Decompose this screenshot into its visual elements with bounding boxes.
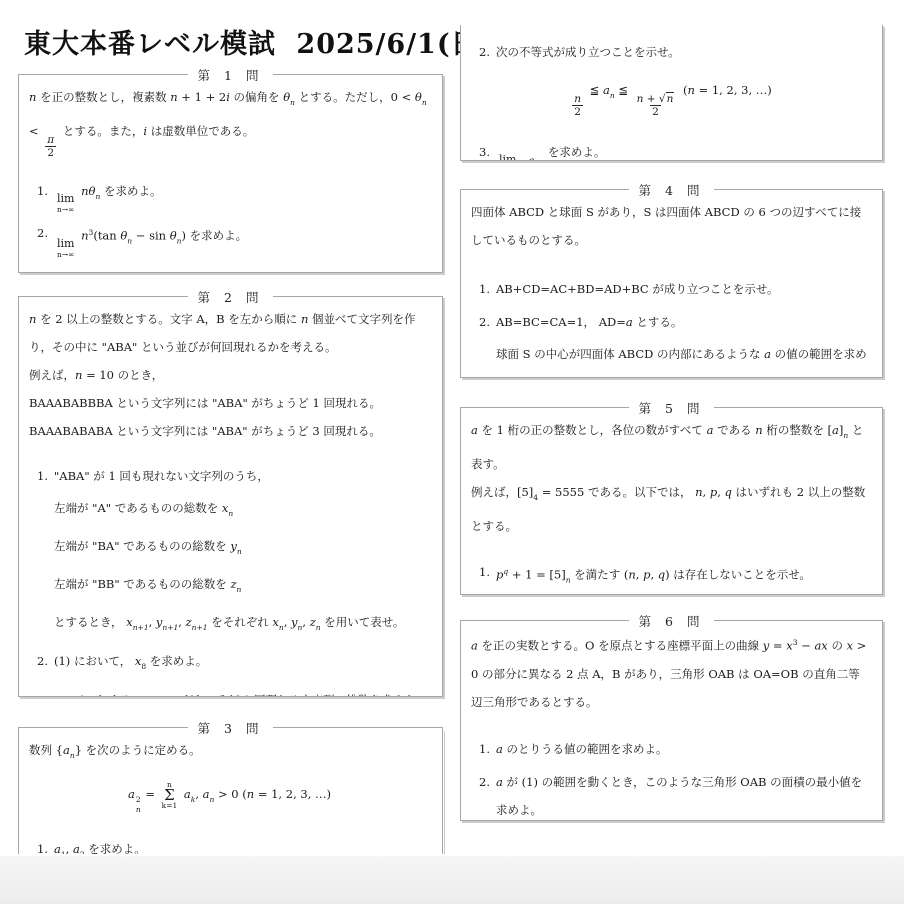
paragraph: BAAABABBBA という文字列には "ABA" がちょうど 1 回現れる。 (29, 389, 430, 417)
subscript: n (136, 806, 141, 814)
math-variable: nθ (257, 271, 271, 273)
math-variable: a (528, 155, 534, 160)
text-line: とするとき， xn+1, yn+1, zn+1 をそれぞれ xn, yn, zn… (54, 608, 430, 642)
math-variable: a (471, 639, 478, 653)
math-variable: a (764, 347, 771, 361)
spacer (471, 125, 870, 133)
text-run: 数列 { (29, 743, 63, 757)
limit-operator: lim (57, 239, 74, 248)
text-run: 桁の整数を [ (763, 423, 832, 437)
text-run: 次の不等式が成り立つことを示せ。 (496, 45, 680, 59)
text-run: は虚数単位である。 (147, 124, 254, 138)
math-variable: a (203, 787, 210, 801)
math-variable: n (170, 90, 177, 104)
text-run: BAAABABABA という文字列には "ABA" がちょうど 3 回現れる。 (29, 424, 381, 438)
math-variable: a (626, 315, 633, 329)
text-line: AB+CD=AC+BD=AD+BC が成り立つことを示せ。 (496, 275, 870, 303)
item-number: 1. (477, 735, 490, 763)
text-run: 2 (47, 147, 54, 159)
text-run: を求めよ。 (85, 842, 146, 854)
text-line: a が (1) の範囲を動くとき，このような三角形 OAB の面積の最小値を求め… (496, 768, 870, 821)
page-bottom-margin (0, 856, 904, 904)
math-variable: a (496, 742, 503, 756)
radicand: n (666, 92, 675, 105)
math-variable: a (471, 423, 478, 437)
numerator: n + √n (635, 93, 677, 105)
paragraph: 四面体 ABCD と球面 S があり，S は四面体 ABCD の 6 つの辺すべ… (471, 198, 870, 254)
text-run: ( (679, 83, 687, 97)
problem-item: 2.次の不等式が成り立つことを示せ。 (471, 38, 870, 66)
math-variable: n (695, 485, 702, 499)
text-line: 次の不等式が成り立つことを示せ。 (496, 38, 870, 66)
spacer (29, 445, 430, 457)
text-run: 左端が "BB" であるものの総数を (54, 577, 230, 591)
text-run: 左端が "BA" であるものの総数を (54, 539, 230, 553)
math-variable: n (574, 93, 581, 105)
text-line: n = 10 とする。"ABA" がちょうど 1 回現れる文字列の総数を求めよ。 (54, 686, 430, 696)
text-run: とする。ただし，0 < (295, 90, 415, 104)
text-run: 左端が "A" であるものの総数を (54, 501, 222, 515)
text-run: を正の整数とし，複素数 (36, 90, 170, 104)
limit: limn→∞ (57, 194, 74, 214)
denominator: 2 (45, 146, 56, 159)
text-run: ) は存在しないことを示せ。 (665, 568, 811, 582)
text-run: を満たす ( (571, 568, 629, 582)
text-line: limn→∞ n3(tan θn − sin θn) を求めよ。 (54, 219, 430, 259)
item-number: 1. (477, 558, 490, 594)
item-body: limn→∞ nθn を求めよ。 (54, 177, 430, 214)
problem-3-continuation-box: 2.次の不等式が成り立つことを示せ。n2 ≦ an ≦ n + √n2 (n =… (460, 25, 883, 161)
text-run: , (66, 842, 73, 854)
text-run: − (798, 639, 815, 653)
problem-5-title: 第 5 問 (629, 399, 715, 417)
problem-4-box: 第 4 問 四面体 ABCD と球面 S があり，S は四面体 ABCD の 6… (460, 189, 883, 378)
problem-item: 2.AB=BC=CA=1， AD=a とする。球面 S の中心が四面体 ABCD… (471, 308, 870, 377)
text-line: a のとりうる値の範囲を求めよ。 (496, 735, 870, 763)
spacer (471, 540, 870, 553)
problem-item: 1.a のとりうる値の範囲を求めよ。 (471, 735, 870, 763)
item-body: a が (1) の範囲を動くとき，このような三角形 OAB の面積の最小値を求め… (496, 768, 870, 821)
text-run: = 1, 2, 3, …) (254, 787, 331, 801)
text-run: とするとき， (54, 615, 126, 629)
radical-sign: √ (659, 93, 666, 105)
math-variable: a (832, 423, 839, 437)
text-run: の (828, 639, 847, 653)
problem-1-content: n を正の整数とし，複素数 n + 1 + 2i の偏角を θn とする。ただし… (19, 75, 442, 272)
text-run: = 5555 である。以下では， (538, 485, 695, 499)
limit: limn→∞ (57, 239, 74, 259)
text-run: = 10 のとき， (82, 368, 163, 382)
text-line: (1) の極限値を a とするとき， limn→∞ n(nθn − a) を求め… (54, 264, 430, 273)
text-line: 左端が "BA" であるものの総数を yn (54, 532, 430, 566)
text-run: ) を求めよ。 (182, 229, 248, 243)
text-run: , (195, 787, 202, 801)
math-variable: π (47, 134, 54, 146)
text-run: を 2 以上の整数とする。文字 A，B を左から順に (36, 312, 301, 326)
exam-page: 東大本番レベル模試 2025/6/1(日) 第 1 問 n を正の整数とし，複素… (0, 0, 904, 904)
text-line: a1, a2 を求めよ。 (54, 835, 430, 854)
subscript: n+1 (192, 623, 208, 632)
spacer (29, 824, 430, 830)
math-variable: a (184, 787, 191, 801)
text-run: , (149, 615, 156, 629)
math-variable: a (128, 787, 135, 801)
superscript: 2 (136, 796, 141, 804)
numerator: an (526, 155, 541, 160)
text-line: 球面 S の中心が四面体 ABCD の内部にあるような a の値の範囲を求めよ。 (496, 340, 870, 377)
text-line: AB=BC=CA=1， AD=a とする。 (496, 308, 870, 336)
limit-operator: lim (499, 155, 516, 160)
text-run: を正の実数とする。O を原点とする座標平面上の曲線 (478, 639, 763, 653)
problem-3-continuation-content: 2.次の不等式が成り立つことを示せ。n2 ≦ an ≦ n + √n2 (n =… (461, 25, 882, 160)
text-run: AB+CD=AC+BD=AD+BC が成り立つことを示せ。 (496, 282, 779, 296)
math-variable: a (496, 775, 503, 789)
sigma-symbol: Σ (164, 789, 175, 802)
problem-5-content: a を 1 桁の正の整数とし，各位の数がすべて a である n 桁の整数を [a… (461, 408, 882, 594)
fraction: n2 (572, 93, 583, 118)
item-body: limn→∞ n3(tan θn − sin θn) を求めよ。 (54, 219, 430, 259)
problem-4-content: 四面体 ABCD と球面 S があり，S は四面体 ABCD の 6 つの辺すべ… (461, 190, 882, 377)
text-run: , (717, 485, 724, 499)
denominator: 2 (572, 105, 583, 118)
math-variable: θ (170, 229, 177, 243)
text-run: とする。また， (59, 124, 143, 138)
math-variable: n (755, 423, 762, 437)
problem-6-box: 第 6 問 a を正の実数とする。O を原点とする座標平面上の曲線 y = x3… (460, 620, 883, 821)
fraction: ann (526, 155, 541, 160)
subscript: n (237, 547, 242, 556)
display-equation: n2 ≦ an ≦ n + √n2 (n = 1, 2, 3, …) (471, 73, 870, 118)
math-variable: a (63, 743, 70, 757)
text-run: を用いて表せ。 (321, 615, 405, 629)
text-run: を 1 桁の正の整数とし，各位の数がすべて (478, 423, 707, 437)
item-number: 2. (477, 768, 490, 821)
text-run: ≦ (586, 83, 603, 97)
text-run: を求めよ。 (544, 145, 605, 159)
paragraph: n を 2 以上の整数とする。文字 A，B を左から順に n 個並べて文字列を作… (29, 305, 430, 361)
text-run: が (1) の範囲を動くとき，このような三角形 OAB の面積の最小値を求めよ。 (496, 775, 862, 817)
text-run: , (703, 485, 710, 499)
fraction: n + √n2 (635, 93, 677, 118)
item-body: a のとりうる値の範囲を求めよ。 (496, 735, 870, 763)
text-run (519, 145, 523, 159)
problem-item: 1.AB+CD=AC+BD=AD+BC が成り立つことを示せ。 (471, 275, 870, 303)
spacer (471, 254, 870, 270)
spacer (29, 159, 430, 172)
text-run: をそれぞれ (208, 615, 273, 629)
problem-item: 2.a が (1) の範囲を動くとき，このような三角形 OAB の面積の最小値を… (471, 768, 870, 821)
item-body: n = 10 とする。"ABA" がちょうど 1 回現れる文字列の総数を求めよ。 (54, 686, 430, 696)
item-number: 3. (35, 686, 48, 696)
paragraph: a を 1 桁の正の整数とし，各位の数がすべて a である n 桁の整数を [a… (471, 416, 870, 478)
text-run: の偏角を (230, 90, 283, 104)
exam-title: 東大本番レベル模試 (24, 29, 276, 60)
text-run: (1) の極限値を (54, 271, 135, 273)
text-line: 左端が "A" であるものの総数を xn (54, 494, 430, 528)
problem-3-box: 第 3 問 数列 {an} を次のように定める。a2n = nΣk=1 ak, … (18, 727, 443, 854)
math-variable: a (293, 271, 300, 273)
text-line: limn→∞ nθn を求めよ。 (54, 177, 430, 214)
limit-subscript: n→∞ (57, 250, 74, 259)
text-run: , (636, 568, 643, 582)
text-run: = 10 とする。"ABA" がちょうど 1 回現れる文字列の総数を求めよ。 (61, 693, 426, 696)
problem-3-content: 数列 {an} を次のように定める。a2n = nΣk=1 ak, an > 0… (19, 728, 442, 854)
item-number: 2. (35, 647, 48, 681)
math-variable: ax (814, 639, 827, 653)
math-variable: a (603, 83, 610, 97)
text-run: 2 (652, 106, 659, 118)
paragraph: 例えば，n = 10 のとき， (29, 361, 430, 389)
problem-item: 1.limn→∞ nθn を求めよ。 (29, 177, 430, 214)
item-body: AB+CD=AC+BD=AD+BC が成り立つことを示せ。 (496, 275, 870, 303)
text-run: + (643, 93, 658, 105)
text-line: limn→∞ ann を求めよ。 (496, 138, 870, 160)
problem-item: 3.limn→∞ ann を求めよ。 (471, 138, 870, 160)
problem-4-title: 第 4 問 (629, 181, 715, 199)
text-run: 四面体 ABCD と球面 S があり，S は四面体 ABCD の 6 つの辺すべ… (471, 205, 861, 247)
paragraph: BAAABABABA という文字列には "ABA" がちょうど 3 回現れる。 (29, 417, 430, 445)
problem-6-title: 第 6 問 (629, 612, 715, 630)
text-run: , (284, 615, 291, 629)
text-run: である (713, 423, 755, 437)
text-line: (1) において， x8 を求めよ。 (54, 647, 430, 681)
text-run: } を次のように定める。 (75, 743, 201, 757)
numerator: π (45, 134, 56, 146)
problem-item: 3.(1) の極限値を a とするとき， limn→∞ n(nθn − a) を… (29, 264, 430, 273)
subscript: n+1 (133, 623, 149, 632)
text-run: のとりうる値の範囲を求めよ。 (503, 742, 668, 756)
subscript: n+1 (162, 623, 178, 632)
item-number: 2. (477, 38, 490, 66)
item-number: 1. (477, 275, 490, 303)
text-run: , (650, 568, 657, 582)
text-run: , (178, 615, 185, 629)
summation: nΣk=1 (162, 781, 178, 810)
math-variable: n (688, 83, 695, 97)
text-run: "ABA" が 1 回も現れない文字列のうち， (54, 469, 269, 483)
problem-6-content: a を正の実数とする。O を原点とする座標平面上の曲線 y = x3 − ax … (461, 621, 882, 820)
text-run: AB=BC=CA=1， AD= (496, 315, 626, 329)
subscript: n (422, 98, 427, 107)
math-variable: n (628, 568, 635, 582)
text-line: "ABA" が 1 回も現れない文字列のうち， (54, 462, 430, 490)
text-run: ≦ (615, 83, 632, 97)
problem-1-box: 第 1 問 n を正の整数とし，複素数 n + 1 + 2i の偏角を θn と… (18, 74, 443, 273)
item-number: 1. (35, 462, 48, 642)
text-run: > 0 ( (214, 787, 246, 801)
text-run: = 1, 2, 3, …) (695, 83, 772, 97)
item-number: 2. (35, 219, 48, 259)
paragraph: 例えば，[5]4 = 5555 である。以下では， n, p, q はいずれも … (471, 478, 870, 540)
text-run: を求めよ。 (100, 184, 161, 198)
text-line: pq + 1 = [5]n を満たす (n, p, q) は存在しないことを示せ… (496, 558, 870, 594)
problem-item: 1.a1, a2 を求めよ。 (29, 835, 430, 854)
text-run: = (142, 787, 159, 801)
limit: limn→∞ (499, 155, 516, 160)
problem-5-box: 第 5 問 a を 1 桁の正の整数とし，各位の数がすべて a である n 桁の… (460, 407, 883, 595)
text-run: BAAABABBBA という文字列には "ABA" がちょうど 1 回現れる。 (29, 396, 381, 410)
item-number: 3. (35, 264, 48, 273)
text-run: , (302, 615, 309, 629)
limit-operator: lim (57, 194, 74, 203)
spacer (471, 716, 870, 730)
subscript: n (228, 509, 233, 518)
page-title: 東大本番レベル模試 2025/6/1(日) (24, 22, 492, 61)
item-body: AB=BC=CA=1， AD=a とする。球面 S の中心が四面体 ABCD の… (496, 308, 870, 377)
text-run: − (276, 271, 293, 273)
item-number: 1. (35, 835, 48, 854)
sum-lower: k=1 (162, 802, 178, 810)
problem-item: 1.pq + 1 = [5]n を満たす (n, p, q) は存在しないことを… (471, 558, 870, 594)
text-run: 2 (574, 106, 581, 118)
item-body: "ABA" が 1 回も現れない文字列のうち，左端が "A" であるものの総数を… (54, 462, 430, 642)
text-run: + 1 + 2 (178, 90, 227, 104)
text-run: とする。 (633, 315, 683, 329)
fraction: π2 (45, 134, 56, 159)
paragraph: a を正の実数とする。O を原点とする座標平面上の曲線 y = x3 − ax … (471, 629, 870, 716)
math-variable: n (667, 93, 674, 105)
limit-subscript: n→∞ (57, 205, 74, 214)
math-variable: a (54, 842, 61, 854)
problem-2-box: 第 2 問 n を 2 以上の整数とする。文字 A，B を左から順に n 個並べ… (18, 296, 443, 697)
problem-item: 3.n = 10 とする。"ABA" がちょうど 1 回現れる文字列の総数を求め… (29, 686, 430, 696)
item-body: pq + 1 = [5]n を満たす (n, p, q) は存在しないことを示せ… (496, 558, 870, 594)
numerator: n (572, 93, 583, 105)
item-number: 3. (477, 138, 490, 160)
problem-3-title: 第 3 問 (188, 719, 274, 737)
text-run: (tan (93, 229, 120, 243)
text-run: + 1 = [5] (508, 568, 566, 582)
math-variable: q (725, 485, 732, 499)
item-body: (1) の極限値を a とするとき， limn→∞ n(nθn − a) を求め… (54, 264, 430, 273)
text-run: 例えば， (29, 368, 75, 382)
item-body: a1, a2 を求めよ。 (54, 835, 430, 854)
problem-item: 2.limn→∞ n3(tan θn − sin θn) を求めよ。 (29, 219, 430, 259)
text-run: 球面 S の中心が四面体 ABCD の内部にあるような (496, 347, 764, 361)
display-equation: a2n = nΣk=1 ak, an > 0 (n = 1, 2, 3, …) (29, 777, 430, 817)
math-variable: n (81, 229, 88, 243)
item-body: limn→∞ ann を求めよ。 (496, 138, 870, 160)
text-run: − sin (132, 229, 170, 243)
item-number: 1. (35, 177, 48, 214)
math-variable: a (135, 271, 142, 273)
paragraph: 数列 {an} を次のように定める。 (29, 736, 430, 770)
text-run: = (769, 639, 786, 653)
text-run: (1) において， (54, 654, 135, 668)
math-variable: nθ (81, 184, 95, 198)
math-variable: a (73, 842, 80, 854)
text-run: ) を求めよ。 (300, 271, 366, 273)
text-run: 例えば，[5] (471, 485, 533, 499)
math-variable: θ (415, 90, 422, 104)
problem-item: 2.(1) において， x8 を求めよ。 (29, 647, 430, 681)
item-number: 2. (477, 308, 490, 377)
paragraph: n を正の整数とし，複素数 n + 1 + 2i の偏角を θn とする。ただし… (29, 83, 430, 159)
problem-item: 1."ABA" が 1 回も現れない文字列のうち，左端が "A" であるものの総… (29, 462, 430, 642)
item-body: 次の不等式が成り立つことを示せ。 (496, 38, 870, 66)
text-run: とするとき， (142, 271, 218, 273)
problem-2-title: 第 2 問 (188, 288, 274, 306)
problem-1-title: 第 1 問 (188, 66, 274, 84)
square-root: √n (659, 92, 674, 105)
text-line: 左端が "BB" であるものの総数を zn (54, 570, 430, 604)
text-run: を求めよ。 (146, 654, 207, 668)
sup-sub-stack: 2n (136, 796, 141, 813)
item-body: (1) において， x8 を求めよ。 (54, 647, 430, 681)
denominator: 2 (650, 105, 661, 118)
text-run: < (29, 124, 42, 138)
subscript: n (237, 585, 242, 594)
problem-2-content: n を 2 以上の整数とする。文字 A，B を左から順に n 個並べて文字列を作… (19, 297, 442, 696)
